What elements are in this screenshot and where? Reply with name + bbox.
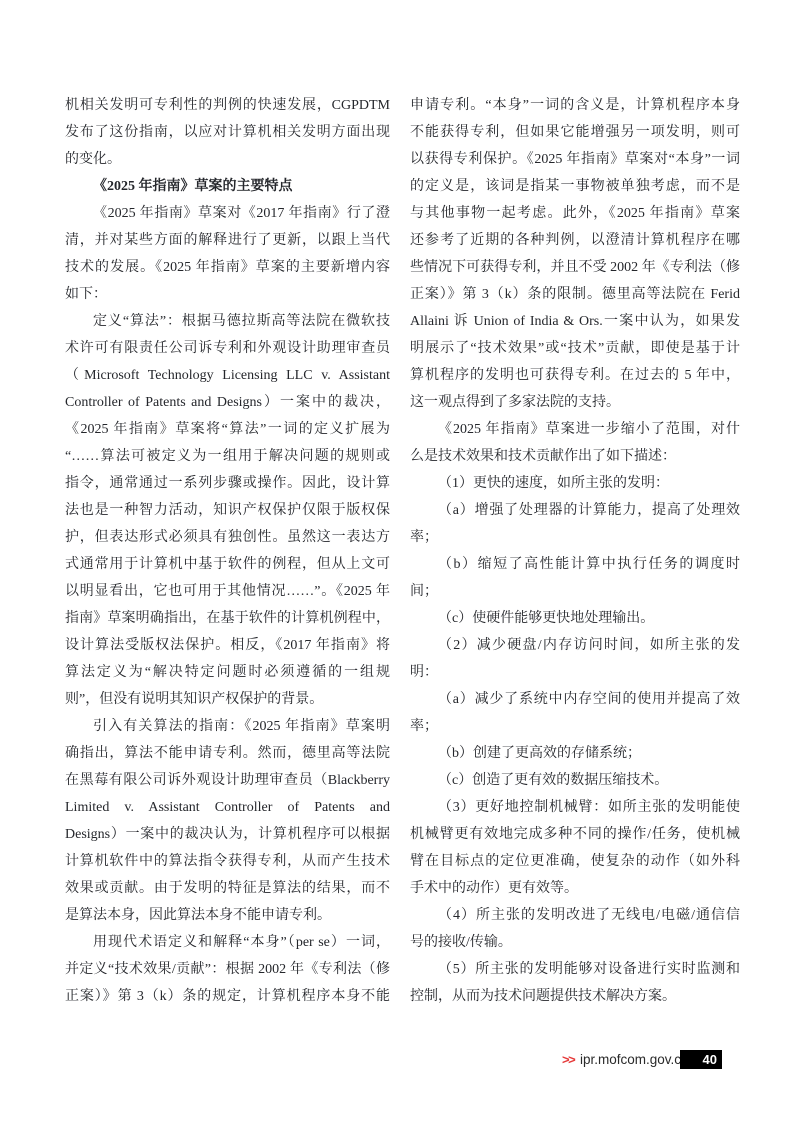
text-line: （b）创建了更高效的存储系统； xyxy=(410,740,740,767)
text-line: 算法定义为“解决特定问题时必须遵循的一组规 xyxy=(65,659,390,686)
text-line: Controller of Patents and Designs）一案中的裁决… xyxy=(65,389,390,416)
text-line: 技术的发展。《2025 年指南》草案的主要新增内容 xyxy=(65,254,390,281)
text-line: 发布了这份指南，以应对计算机相关发明方面出现 xyxy=(65,119,390,146)
text-line: 式通常用于计算机中基于软件的例程，但从上文可 xyxy=(65,551,390,578)
text-line: 指令，通常通过一系列步骤或操作。因此，设计算 xyxy=(65,470,390,497)
text-line: （Microsoft Technology Licensing LLC v. A… xyxy=(65,362,390,389)
text-line: “……算法可被定义为一组用于解决问题的规则或 xyxy=(65,443,390,470)
section-heading: 《2025 年指南》草案的主要特点 xyxy=(65,173,390,200)
text-line: 号的接收/传输。 xyxy=(410,929,740,956)
text-line: 清，并对某些方面的解释进行了更新，以跟上当代 xyxy=(65,227,390,254)
text-line: 计算机软件中的算法指令获得专利，从而产生技术 xyxy=(65,848,390,875)
text-line: 还参考了近期的各种判例，以澄清计算机程序在哪 xyxy=(410,227,740,254)
text-line: 确指出，算法不能申请专利。然而，德里高等法院 xyxy=(65,740,390,767)
text-line: 用现代术语定义和解释“本身”（per se）一词， xyxy=(65,929,390,956)
text-line: 算机程序的发明也可获得专利。在过去的 5 年中， xyxy=(410,362,740,389)
text-line: 臂在目标点的定位更准确，使复杂的动作（如外科 xyxy=(410,848,740,875)
text-line: （a）增强了处理器的计算能力，提高了处理效 xyxy=(410,497,740,524)
text-line: 控制，从而为技术问题提供技术解决方案。 xyxy=(410,983,740,1010)
page-footer: >> ipr.mofcom.gov.cn 40 xyxy=(0,1049,794,1071)
text-line: 机相关发明可专利性的判例的快速发展，CGPDTM xyxy=(65,92,390,119)
text-line: 效果或贡献。由于发明的特征是算法的结果，而不 xyxy=(65,875,390,902)
text-line: 间； xyxy=(410,578,740,605)
text-line: （c）使硬件能够更快地处理输出。 xyxy=(410,605,740,632)
text-line: Allaini 诉 Union of India & Ors.一案中认为，如果发 xyxy=(410,308,740,335)
text-line: 是算法本身，因此算法本身不能申请专利。 xyxy=(65,902,390,929)
text-line: 手术中的动作）更有效等。 xyxy=(410,875,740,902)
text-line: （c）创造了更有效的数据压缩技术。 xyxy=(410,767,740,794)
document-page: 机相关发明可专利性的判例的快速发展，CGPDTM发布了这份指南，以应对计算机相关… xyxy=(0,0,794,1123)
text-line: 的定义是，该词是指某一事物被单独考虑，而不是 xyxy=(410,173,740,200)
text-line: 在黑莓有限公司诉外观设计助理审查员（Blackberry xyxy=(65,767,390,794)
text-line: 《2025 年指南》草案将“算法”一词的定义扩展为 xyxy=(65,416,390,443)
text-line: 《2025 年指南》草案进一步缩小了范围，对什 xyxy=(410,416,740,443)
text-line: 术许可有限责任公司诉专利和外观设计助理审查员 xyxy=(65,335,390,362)
text-line: 明展示了“技术效果”或“技术”贡献，即使是基于计 xyxy=(410,335,740,362)
text-line: （2）减少硬盘/内存访问时间，如所主张的发 xyxy=(410,632,740,659)
text-line: Designs）一案中的裁决认为，计算机程序可以根据 xyxy=(65,821,390,848)
text-line: 定义“算法”：根据马德拉斯高等法院在微软技 xyxy=(65,308,390,335)
page-number-badge: 40 xyxy=(680,1050,722,1069)
text-line: 法也是一种智力活动，知识产权保护仅限于版权保 xyxy=(65,497,390,524)
text-line: 如下： xyxy=(65,281,390,308)
text-line: （4）所主张的发明改进了无线电/电磁/通信信 xyxy=(410,902,740,929)
text-line: 率； xyxy=(410,713,740,740)
right-text-column: 申请专利。“本身”一词的含义是，计算机程序本身不能获得专利，但如果它能增强另一项… xyxy=(410,92,740,1010)
text-line: 么是技术效果和技术贡献作出了如下描述： xyxy=(410,443,740,470)
text-line: 不能获得专利，但如果它能增强另一项发明，则可 xyxy=(410,119,740,146)
text-line: 申请专利。“本身”一词的含义是，计算机程序本身 xyxy=(410,92,740,119)
text-line: 以获得专利保护。《2025 年指南》草案对“本身”一词 xyxy=(410,146,740,173)
text-line: 护，但表达形式必须具有独创性。虽然这一表达方 xyxy=(65,524,390,551)
text-line: （b）缩短了高性能计算中执行任务的调度时 xyxy=(410,551,740,578)
text-line: 正案）》第 3（k）条的限制。德里高等法院在 Ferid xyxy=(410,281,740,308)
text-line: （3）更好地控制机械臂：如所主张的发明能使 xyxy=(410,794,740,821)
text-line: 指南》草案明确指出，在基于软件的计算机例程中， xyxy=(65,605,390,632)
text-line: 些情况下可获得专利，并且不受 2002 年《专利法（修 xyxy=(410,254,740,281)
text-line: Limited v. Assistant Controller of Paten… xyxy=(65,794,390,821)
double-chevron-icon: >> xyxy=(562,1050,574,1069)
text-line: 明： xyxy=(410,659,740,686)
text-line: （5）所主张的发明能够对设备进行实时监测和 xyxy=(410,956,740,983)
text-line: 并定义“技术效果/贡献”：根据 2002 年《专利法（修 xyxy=(65,956,390,983)
text-line: 的变化。 xyxy=(65,146,390,173)
left-text-column: 机相关发明可专利性的判例的快速发展，CGPDTM发布了这份指南，以应对计算机相关… xyxy=(65,92,390,1010)
text-line: 设计算法受版权法保护。相反，《2017 年指南》将 xyxy=(65,632,390,659)
footer-site-link[interactable]: ipr.mofcom.gov.cn xyxy=(580,1050,689,1069)
text-line: 《2025 年指南》草案对《2017 年指南》行了澄 xyxy=(65,200,390,227)
text-line: 与其他事物一起考虑。此外，《2025 年指南》草案 xyxy=(410,200,740,227)
text-line: 正案）》第 3（k）条的规定，计算机程序本身不能 xyxy=(65,983,390,1010)
text-line: （a）减少了系统中内存空间的使用并提高了效 xyxy=(410,686,740,713)
text-line: 则”，但没有说明其知识产权保护的背景。 xyxy=(65,686,390,713)
text-line: 引入有关算法的指南：《2025 年指南》草案明 xyxy=(65,713,390,740)
text-line: 以明显看出，它也可用于其他情况……”。《2025 年 xyxy=(65,578,390,605)
text-line: 机械臂更有效地完成多种不同的操作/任务，使机械 xyxy=(410,821,740,848)
text-line: 率； xyxy=(410,524,740,551)
text-line: （1）更快的速度，如所主张的发明： xyxy=(410,470,740,497)
text-line: 这一观点得到了多家法院的支持。 xyxy=(410,389,740,416)
